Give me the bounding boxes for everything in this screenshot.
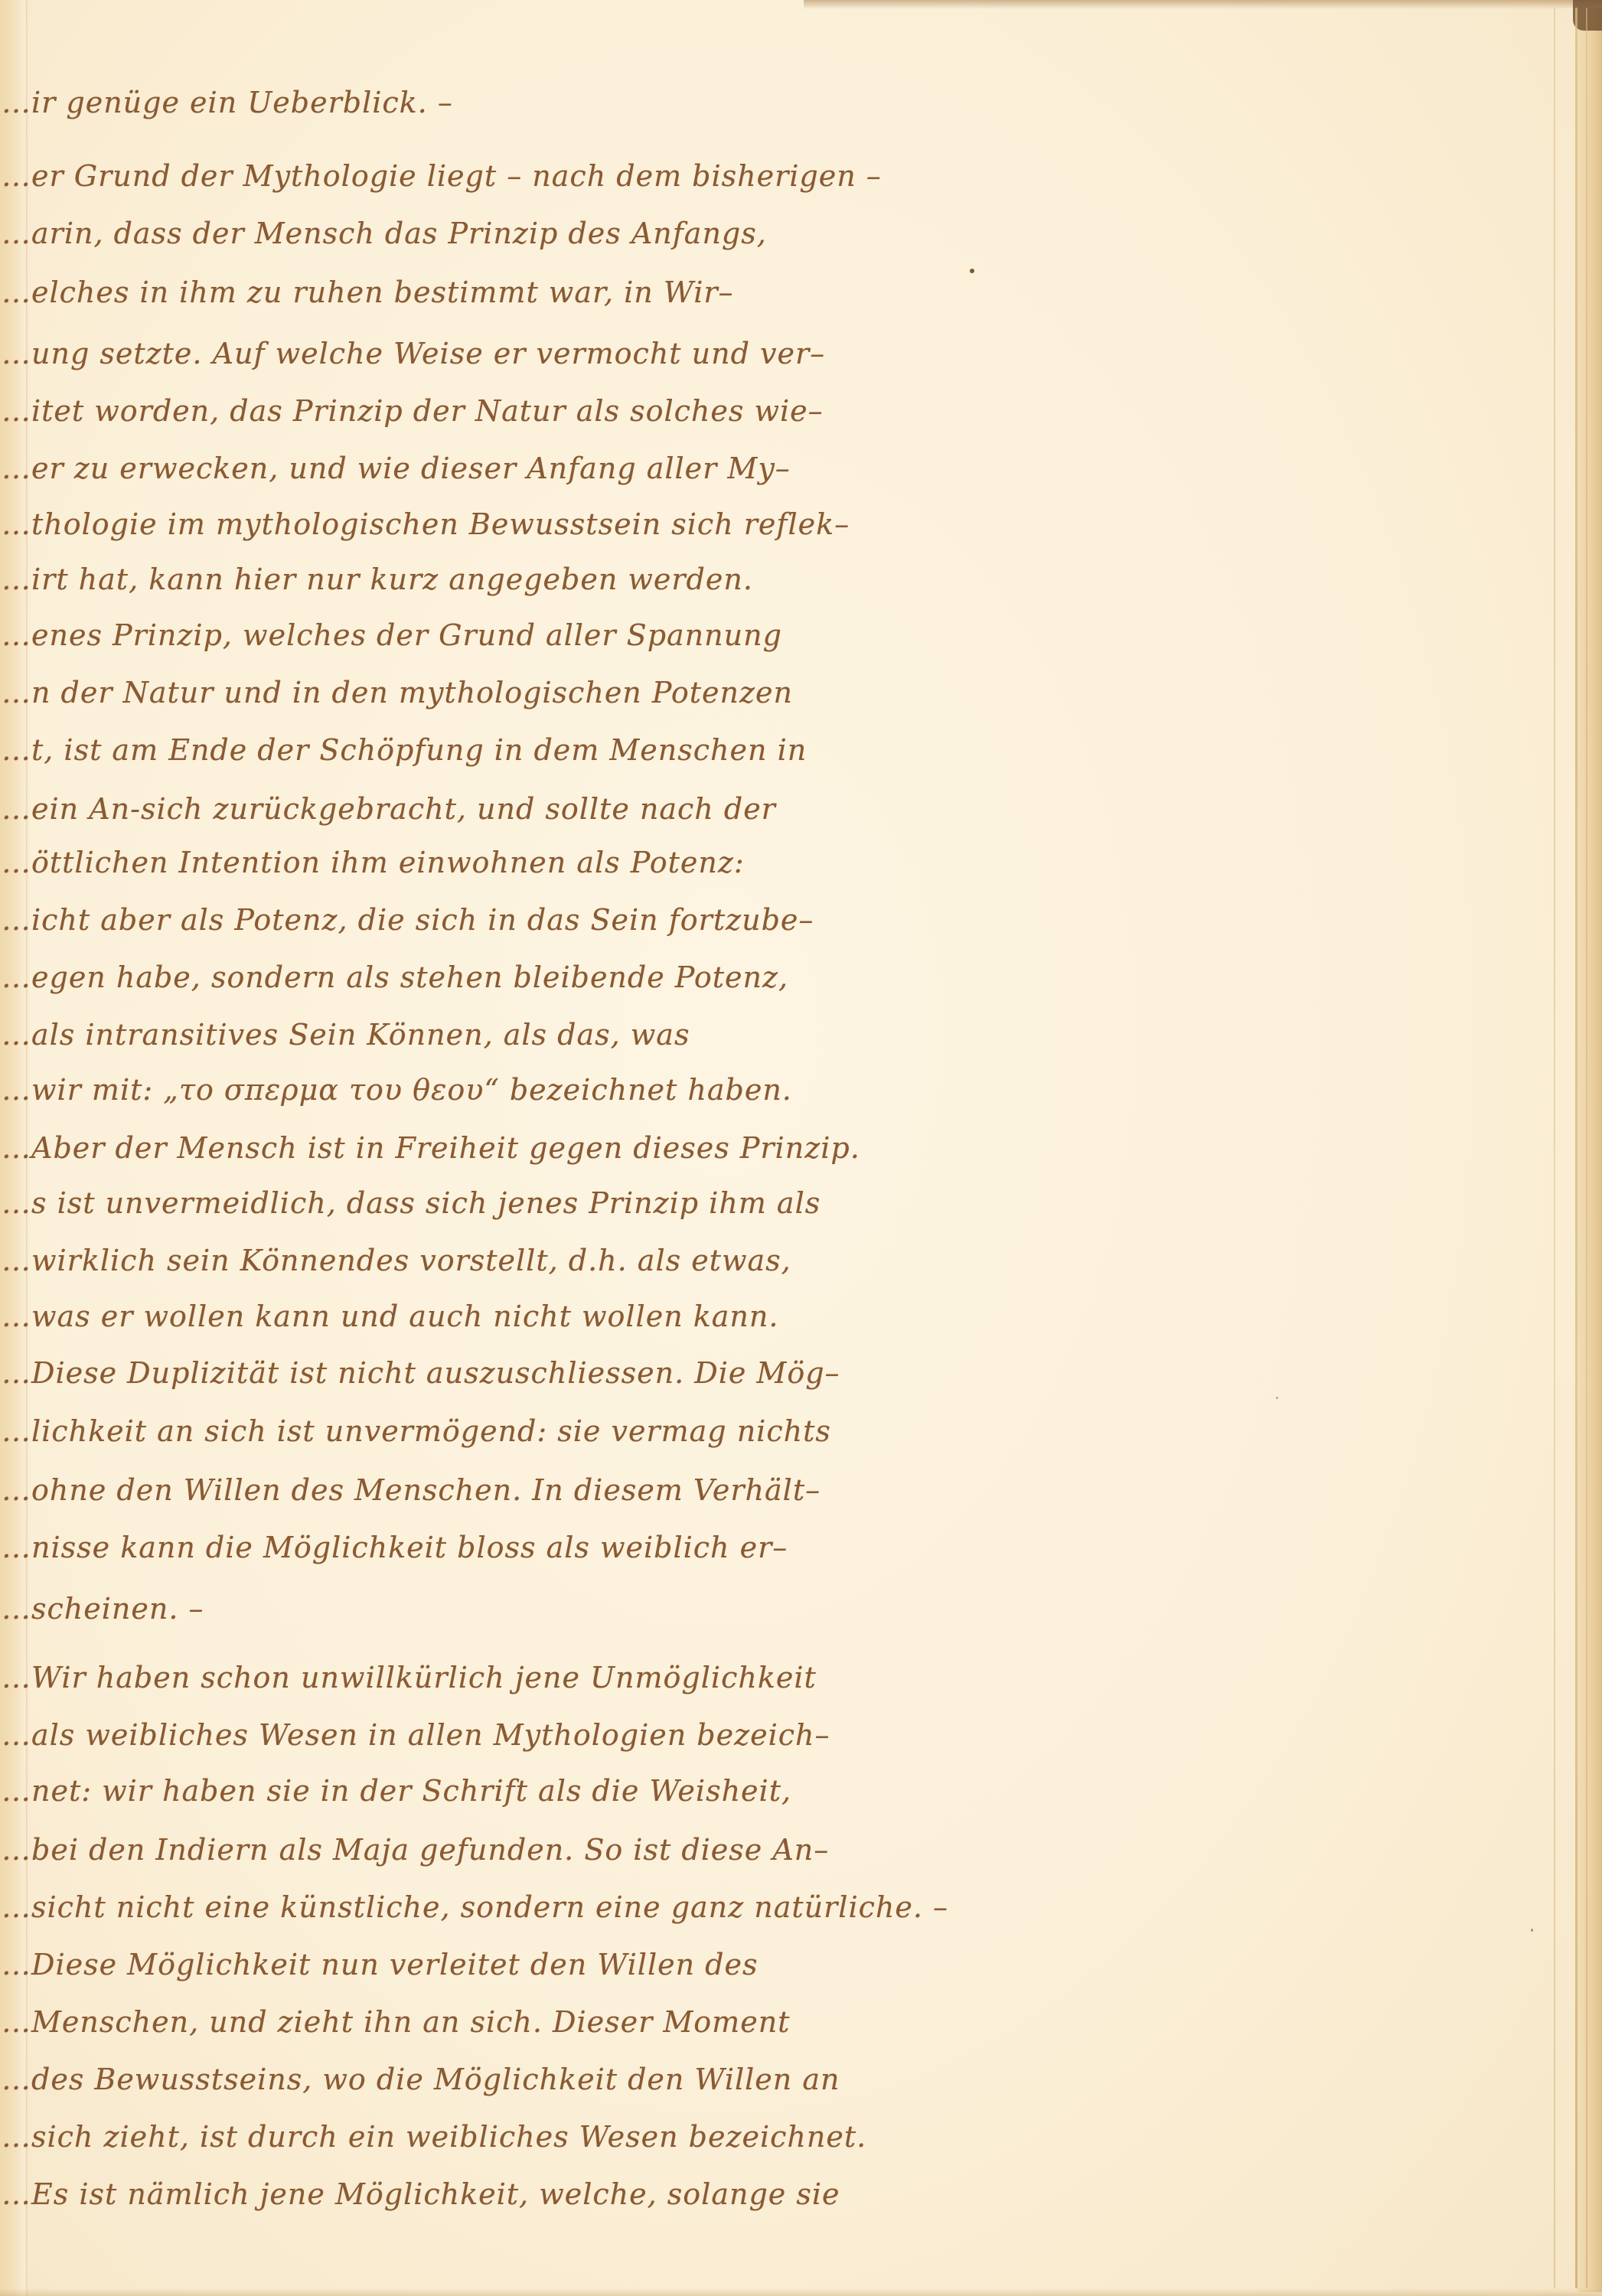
manuscript-line: …thologie im mythologischen Bewusstsein …	[2, 507, 850, 541]
manuscript-line: …arin, dass der Mensch das Prinzip des A…	[2, 217, 767, 250]
manuscript-line: …irt hat, kann hier nur kurz angegeben w…	[2, 563, 753, 596]
manuscript-line: …nisse kann die Möglichkeit bloss als we…	[2, 1531, 788, 1564]
fore-edge-line	[1586, 8, 1587, 2288]
top-book-edge	[804, 0, 1602, 9]
fore-edge-line	[1575, 8, 1578, 2288]
ink-speck	[1531, 1929, 1533, 1932]
manuscript-line: …itet worden, das Prinzip der Natur als …	[2, 394, 824, 428]
manuscript-line: …als weibliches Wesen in allen Mythologi…	[2, 1718, 830, 1752]
manuscript-line: …als intransitives Sein Können, als das,…	[2, 1018, 690, 1052]
manuscript-line: …ohne den Willen des Menschen. In diesem…	[2, 1473, 821, 1507]
manuscript-line: …elches in ihm zu ruhen bestimmt war, in…	[2, 276, 734, 309]
manuscript-line: …des Bewusstseins, wo die Möglichkeit de…	[2, 2063, 840, 2096]
manuscript-line: …bei den Indiern als Maja gefunden. So i…	[2, 1833, 829, 1867]
manuscript-line: …scheinen. –	[2, 1592, 204, 1626]
manuscript-line: …Diese Möglichkeit nun verleitet den Wil…	[2, 1948, 758, 1981]
manuscript-line: …enes Prinzip, welches der Grund aller S…	[2, 618, 782, 652]
manuscript-line: …ein An-sich zurückgebracht, und sollte …	[2, 792, 776, 826]
bottom-page-edge	[0, 2288, 1602, 2296]
manuscript-line: …egen habe, sondern als stehen bleibende…	[2, 960, 788, 994]
manuscript-line: …wir mit: „το σπερμα του θεου“ bezeichne…	[2, 1073, 792, 1107]
manuscript-line: …Es ist nämlich jene Möglichkeit, welche…	[2, 2177, 840, 2211]
manuscript-line: …sicht nicht eine künstliche, sondern ei…	[2, 1890, 948, 1924]
fore-edge-line	[1554, 8, 1555, 2288]
manuscript-line: …wirklich sein Könnendes vorstellt, d.h.…	[2, 1244, 791, 1277]
manuscript-line: …ir genüge ein Ueberblick. –	[2, 86, 453, 119]
manuscript-line: …was er wollen kann und auch nicht wolle…	[2, 1300, 778, 1333]
page-stack-edge	[1578, 8, 1602, 2292]
manuscript-line: …s ist unvermeidlich, dass sich jenes Pr…	[2, 1186, 821, 1220]
manuscript-line: …Menschen, und zieht ihn an sich. Dieser…	[2, 2005, 790, 2039]
manuscript-line: …ung setzte. Auf welche Weise er vermoch…	[2, 337, 825, 370]
manuscript-line: …sich zieht, ist durch ein weibliches We…	[2, 2120, 866, 2154]
manuscript-line: …öttlichen Intention ihm einwohnen als P…	[2, 846, 745, 879]
manuscript-line: …t, ist am Ende der Schöpfung in dem Men…	[2, 733, 807, 767]
manuscript-line: …er zu erwecken, und wie dieser Anfang a…	[2, 452, 791, 485]
ink-speck	[970, 269, 974, 273]
manuscript-page: …ir genüge ein Ueberblick. – …er Grund d…	[0, 0, 1602, 2296]
manuscript-line: …Aber der Mensch ist in Freiheit gegen d…	[2, 1131, 860, 1165]
ink-speck	[1276, 1397, 1278, 1399]
manuscript-line: …lichkeit an sich ist unvermögend: sie v…	[2, 1414, 831, 1448]
manuscript-line: …er Grund der Mythologie liegt – nach de…	[2, 159, 882, 193]
manuscript-line: …icht aber als Potenz, die sich in das S…	[2, 903, 814, 937]
manuscript-line: …Wir haben schon unwillkürlich jene Unmö…	[2, 1661, 817, 1694]
manuscript-line: …n der Natur und in den mythologischen P…	[2, 676, 793, 709]
manuscript-line: …net: wir haben sie in der Schrift als d…	[2, 1774, 791, 1808]
manuscript-line: …Diese Duplizität ist nicht auszuschlies…	[2, 1356, 840, 1390]
